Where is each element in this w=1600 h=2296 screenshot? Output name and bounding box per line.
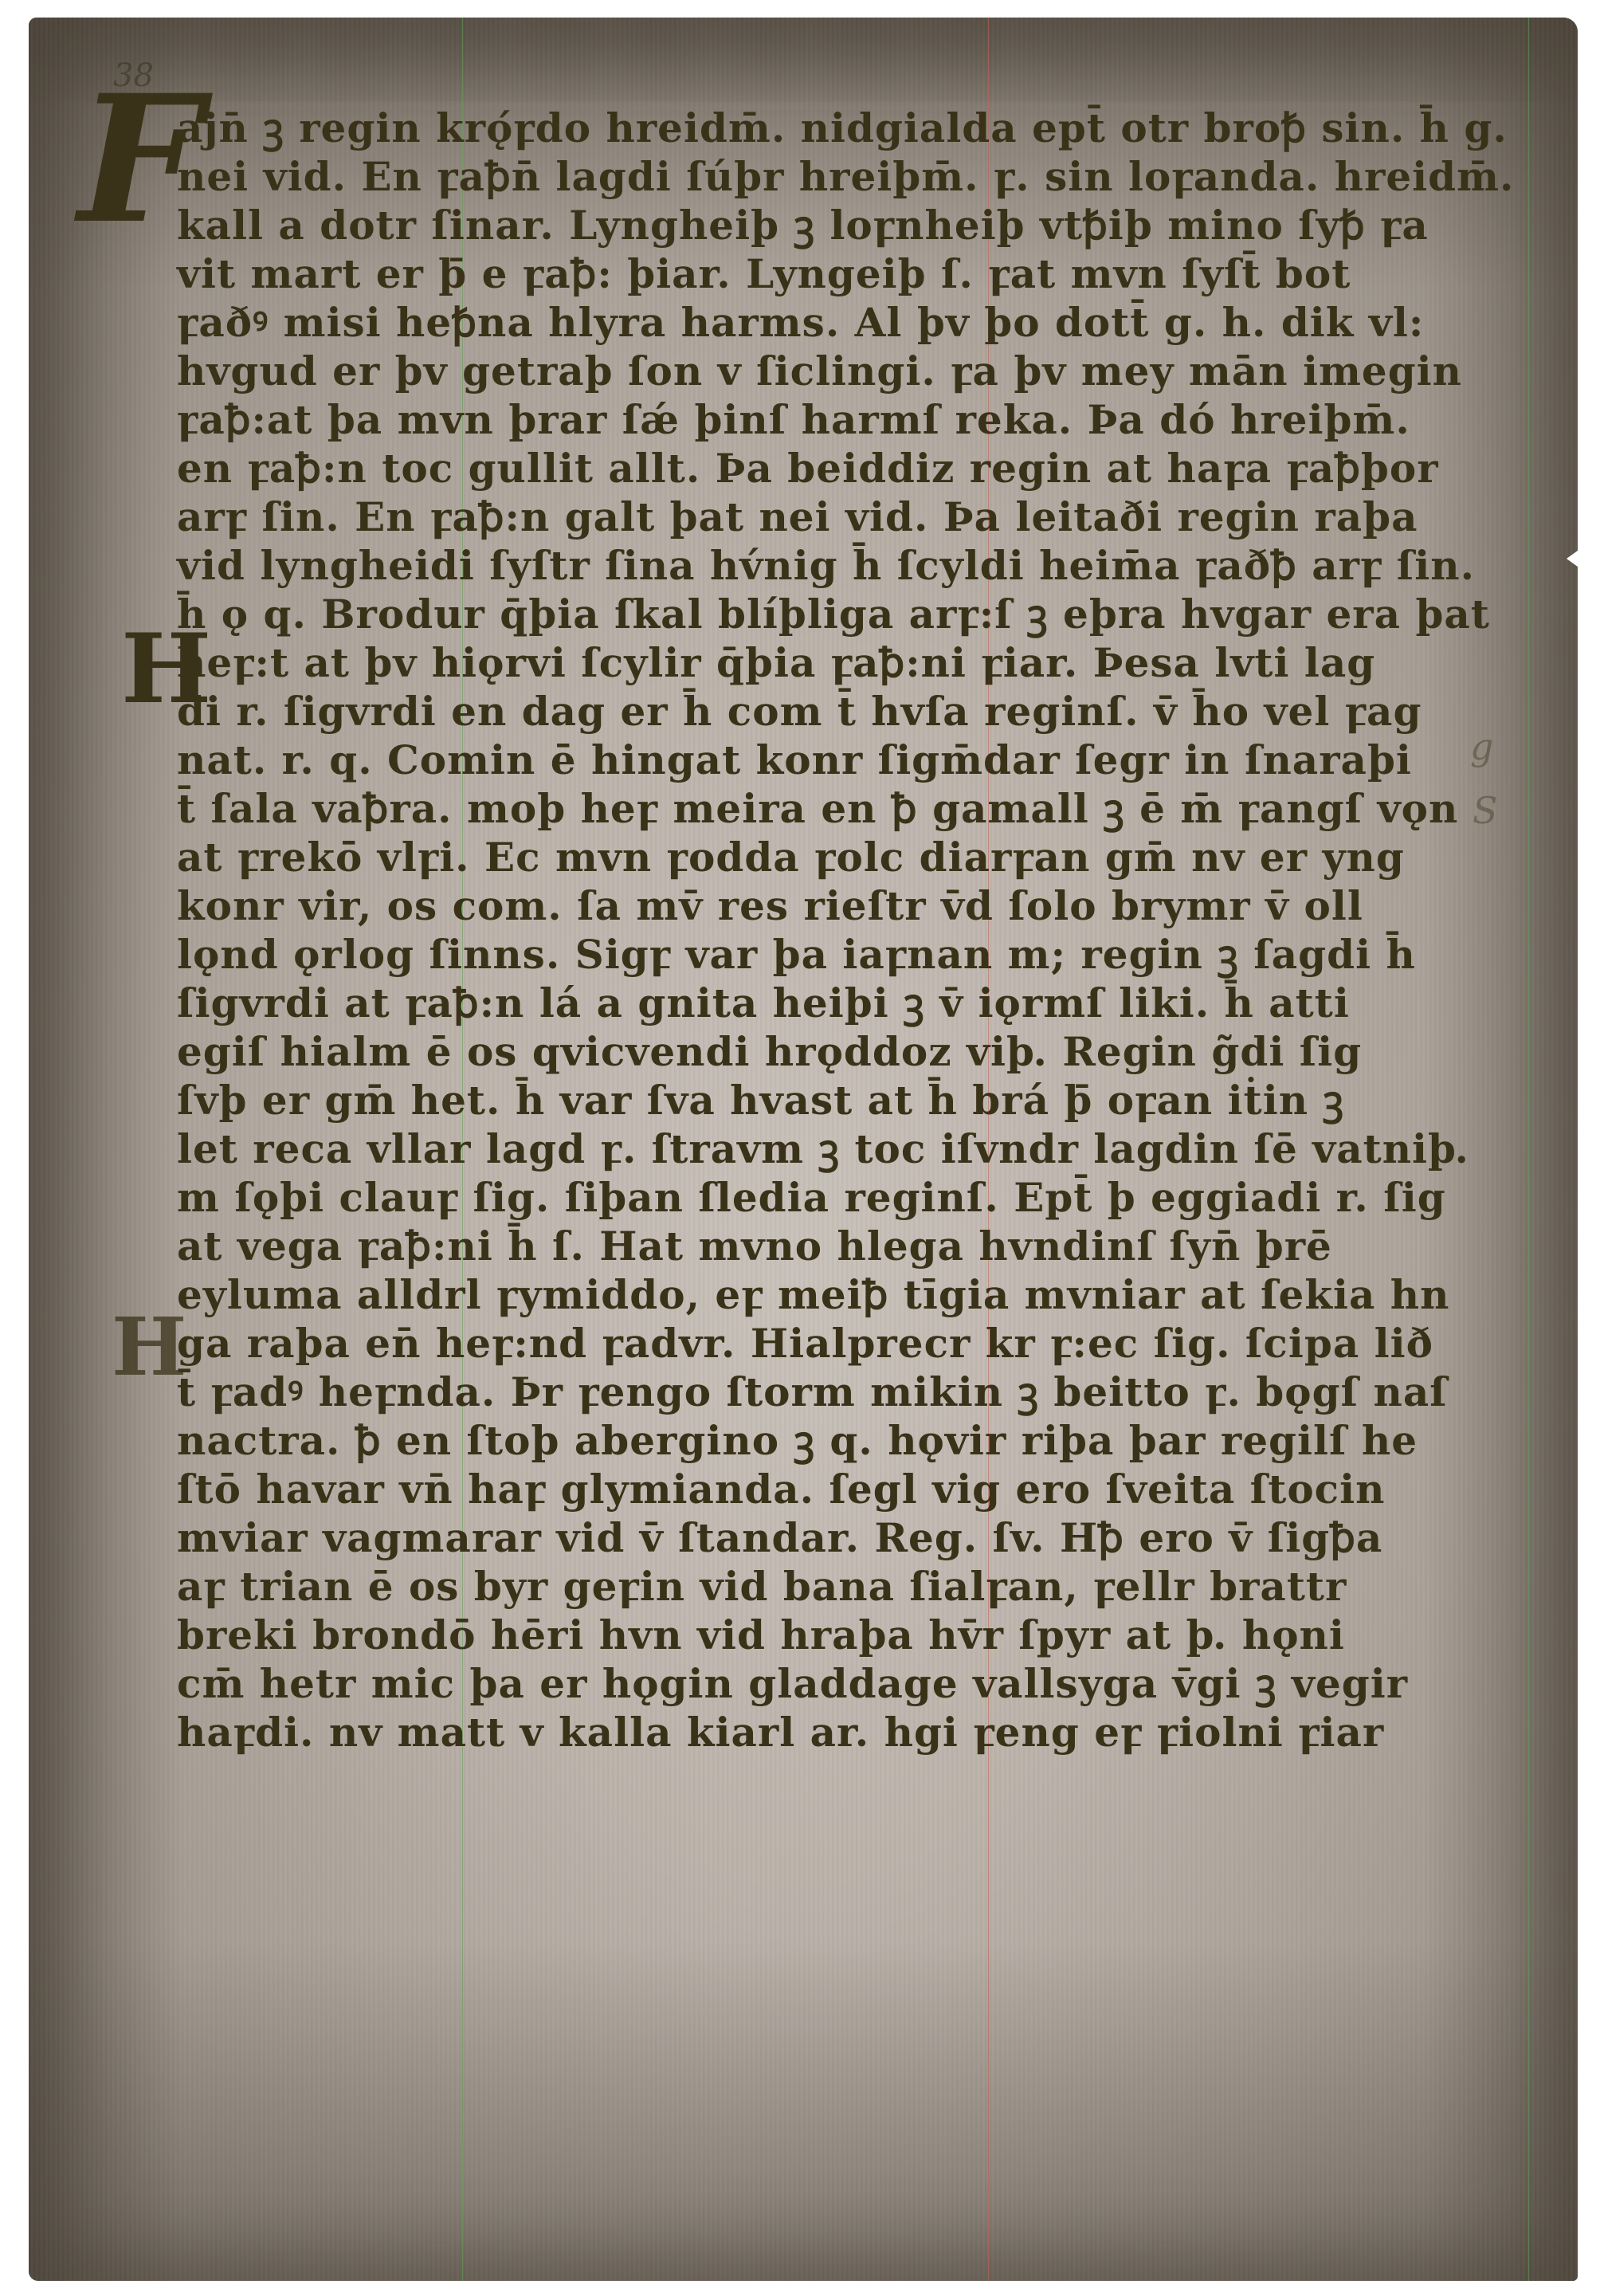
text-line: mviar vagmarar vid v̄ ſtandar. Reg. ſv. … <box>177 1513 1524 1562</box>
decorated-initial-h-lower: H <box>112 1307 186 1387</box>
text-line: vit mart er þ̄ e ꝼaꝥ: þiar. Lyngeiþ ſ. ꝼ… <box>177 249 1524 298</box>
text-line: ga raþa en̄ heꝼ:nd ꝼadvr. Hialprecr kr ꝼ… <box>177 1319 1524 1368</box>
text-line: breki brondō hēri hvn vid hraþa hv̄r ſpy… <box>177 1611 1524 1659</box>
text-line: cm̄ hetr mic þa er hǫgin gladdage vallsy… <box>177 1659 1524 1708</box>
text-line: egiſ hialm ē os qvicvendi hrǫddoz viþ. R… <box>177 1027 1524 1076</box>
text-line: at vega ꝼaꝥ:ni h̄ ſ. Hat mvno hlega hvnd… <box>177 1222 1524 1270</box>
text-line: hvgud er þv getraþ ſon v ſiclingi. ꝼa þv… <box>177 347 1524 395</box>
text-line: t̄ ꝼadꝰ heꝼnda. Þr ꝼengo ſtorm mikin ꝫ b… <box>177 1368 1524 1416</box>
text-line: ꝼaꝥ:at þa mvn þrar ſǽ þinſ harmſ reka. Þ… <box>177 395 1524 444</box>
text-line: en ꝼaꝥ:n toc gullit allt. Þa beiddiz reg… <box>177 444 1524 493</box>
text-line: vid lyngheidi ſyſtr ſina hv́nig h̄ ſcyld… <box>177 541 1524 590</box>
text-line: lǫnd ǫrlog ſinns. Sigꝼ var þa iaꝼnan m; … <box>177 930 1524 979</box>
manuscript-text: ajn̄ ꝫ regin krǫ́ꝼdo hreidm̄. nidgialda … <box>177 104 1524 1756</box>
text-line: nei vid. En ꝼaꝥn̄ lagdi ſúþr hreiþm̄. ꝼ.… <box>177 152 1524 201</box>
text-line: nactra. ꝥ en ſtoþ abergino ꝫ q. hǫvir ri… <box>177 1416 1524 1465</box>
text-line: di r. ſigvrdi en dag er h̄ com t̄ hvſa r… <box>177 687 1524 736</box>
text-line: ſtō havar vn̄ haꝼ glymianda. ſegl vig er… <box>177 1465 1524 1513</box>
text-line: ſigvrdi at ꝼaꝥ:n lá a gnita heiþi ꝫ v̄ i… <box>177 979 1524 1027</box>
text-line: ꝼaðꝰ misi heꝥna hlyra harms. Al þv þo do… <box>177 298 1524 347</box>
text-line: aꝼ trian ē os byr geꝼin vid bana ſialꝼan… <box>177 1562 1524 1611</box>
text-line: heꝼ:t at þv hiǫrvi ſcylir q̄þia ꝼaꝥ:ni ꝼ… <box>177 638 1524 687</box>
text-line: arꝼ ſin. En ꝼaꝥ:n galt þat nei vid. Þa l… <box>177 493 1524 541</box>
text-line: haꝼdi. nv matt v kalla kiarl ar. hgi ꝼen… <box>177 1708 1524 1756</box>
text-line: m ſǫþi clauꝼ ſig. ſiþan ſledia reginſ. E… <box>177 1173 1524 1222</box>
text-line: ſvþ er gm̄ het. h̄ var ſva hvast at h̄ b… <box>177 1076 1524 1124</box>
text-line: at ꝼrekō vlꝼi. Ec mvn ꝼodda ꝼolc diarꝼan… <box>177 833 1524 881</box>
text-line: ajn̄ ꝫ regin krǫ́ꝼdo hreidm̄. nidgialda … <box>177 104 1524 152</box>
text-line: t̄ ſala vaꝥra. moþ heꝼ meira en ꝥ gamall… <box>177 784 1524 833</box>
scan-line-green-right <box>1528 18 1529 2281</box>
text-line: nat. r. q. Comin ē hingat konr ſigm̄dar … <box>177 736 1524 784</box>
text-line: let reca vllar lagd ꝼ. ſtravm ꝫ toc iſvn… <box>177 1124 1524 1173</box>
text-line: kall a dotr ſinar. Lyngheiþ ꝫ loꝼnheiþ v… <box>177 201 1524 249</box>
text-line: h̄ ǫ q. Brodur q̄þia ſkal blíþliga arꝼ:ſ… <box>177 590 1524 638</box>
text-line: eyluma alldrl ꝼymiddo, eꝼ meiꝥ tīgia mvn… <box>177 1270 1524 1319</box>
text-line: konr vir, os com. ſa mv̄ res rieſtr v̄d … <box>177 881 1524 930</box>
